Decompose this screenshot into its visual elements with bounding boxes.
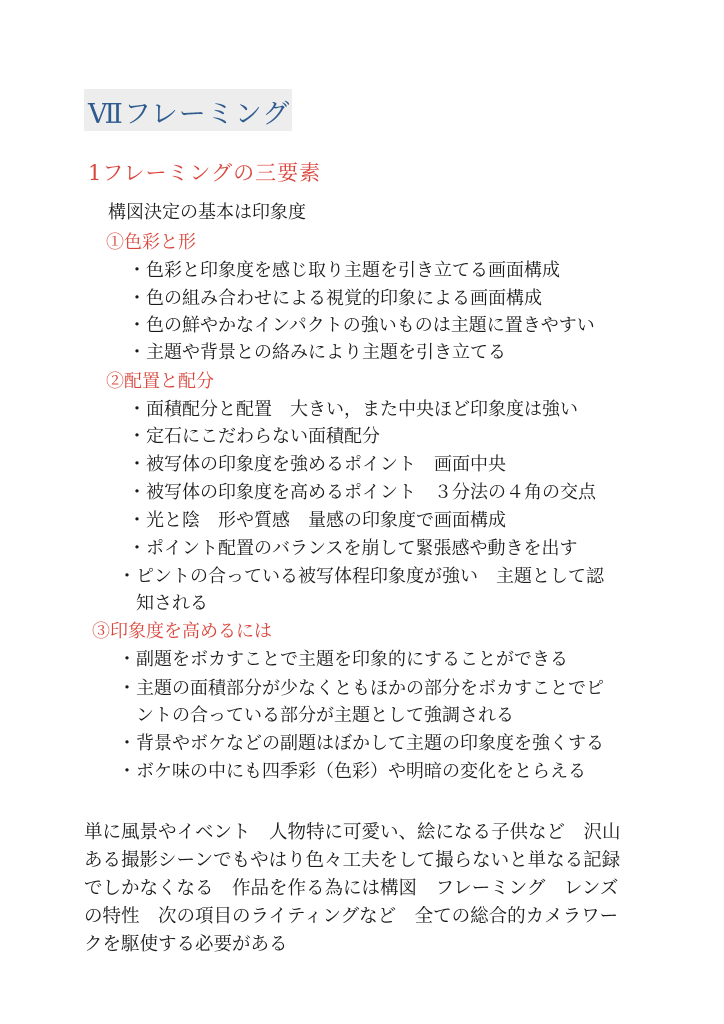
bullet: ・副題をボカすことで主題を印象的にすることができる	[118, 650, 568, 670]
bullet: ・色の組み合わせによる視覚的印象による画面構成	[128, 289, 542, 309]
subsection-heading-2: ②配置と配分	[106, 372, 214, 392]
bullet: ・ボケ味の中にも四季彩（色彩）や明暗の変化をとらえる	[118, 762, 586, 782]
bullet: ・面積配分と配置 大きい，また中央ほど印象度は強い	[128, 400, 578, 420]
bullet: ・被写体の印象度を高めるポイント ３分法の４角の交点	[128, 483, 596, 503]
bullet: ・ピントの合っている被写体程印象度が強い 主題として認	[118, 567, 604, 587]
closing-line: ある撮影シーンでもやはり色々工夫をして撮らないと単なる記録	[84, 846, 620, 872]
document-page: Ⅶフレーミング 1フレーミングの三要素 構図決定の基本は印象度 ①色彩と形 ・色…	[0, 0, 724, 1024]
bullet: ・主題の面積部分が少なくともほかの部分をボカすことでピ	[118, 679, 604, 699]
intro-text: 構図決定の基本は印象度	[108, 203, 306, 223]
bullet-continuation: 知される	[136, 594, 208, 614]
section-heading: 1フレーミングの三要素	[88, 157, 321, 187]
closing-line: クを駆使する必要がある	[84, 930, 288, 956]
bullet: ・被写体の印象度を強めるポイント 画面中央	[128, 455, 506, 475]
subsection-heading-1: ①色彩と形	[106, 233, 196, 253]
bullet: ・色彩と印象度を感じ取り主題を引き立てる画面構成	[128, 261, 560, 281]
bullet: ・背景やボケなどの副題はぼかして主題の印象度を強くする	[118, 734, 604, 754]
page-title: Ⅶフレーミング	[88, 92, 290, 131]
bullet: ・ポイント配置のバランスを崩して緊張感や動きを出す	[128, 539, 577, 559]
subsection-heading-3: ③印象度を高めるには	[92, 622, 272, 642]
bullet: ・主題や背景との絡みにより主題を引き立てる	[128, 343, 506, 363]
closing-line: 単に風景やイベント 人物特に可愛い、絵になる子供など 沢山	[84, 818, 621, 844]
bullet-continuation: ントの合っている部分が主題として強調される	[136, 706, 514, 726]
bullet: ・定石にこだわらない面積配分	[128, 427, 380, 447]
closing-line: でしかなくなる 作品を作る為には構図 フレーミング レンズ	[84, 874, 618, 900]
bullet: ・光と陰 形や質感 量感の印象度で画面構成	[128, 511, 506, 531]
bullet: ・色の鮮やかなインパクトの強いものは主題に置きやすい	[128, 316, 595, 336]
closing-line: の特性 次の項目のライティングなど 全ての総合的カメラワー	[84, 902, 618, 928]
